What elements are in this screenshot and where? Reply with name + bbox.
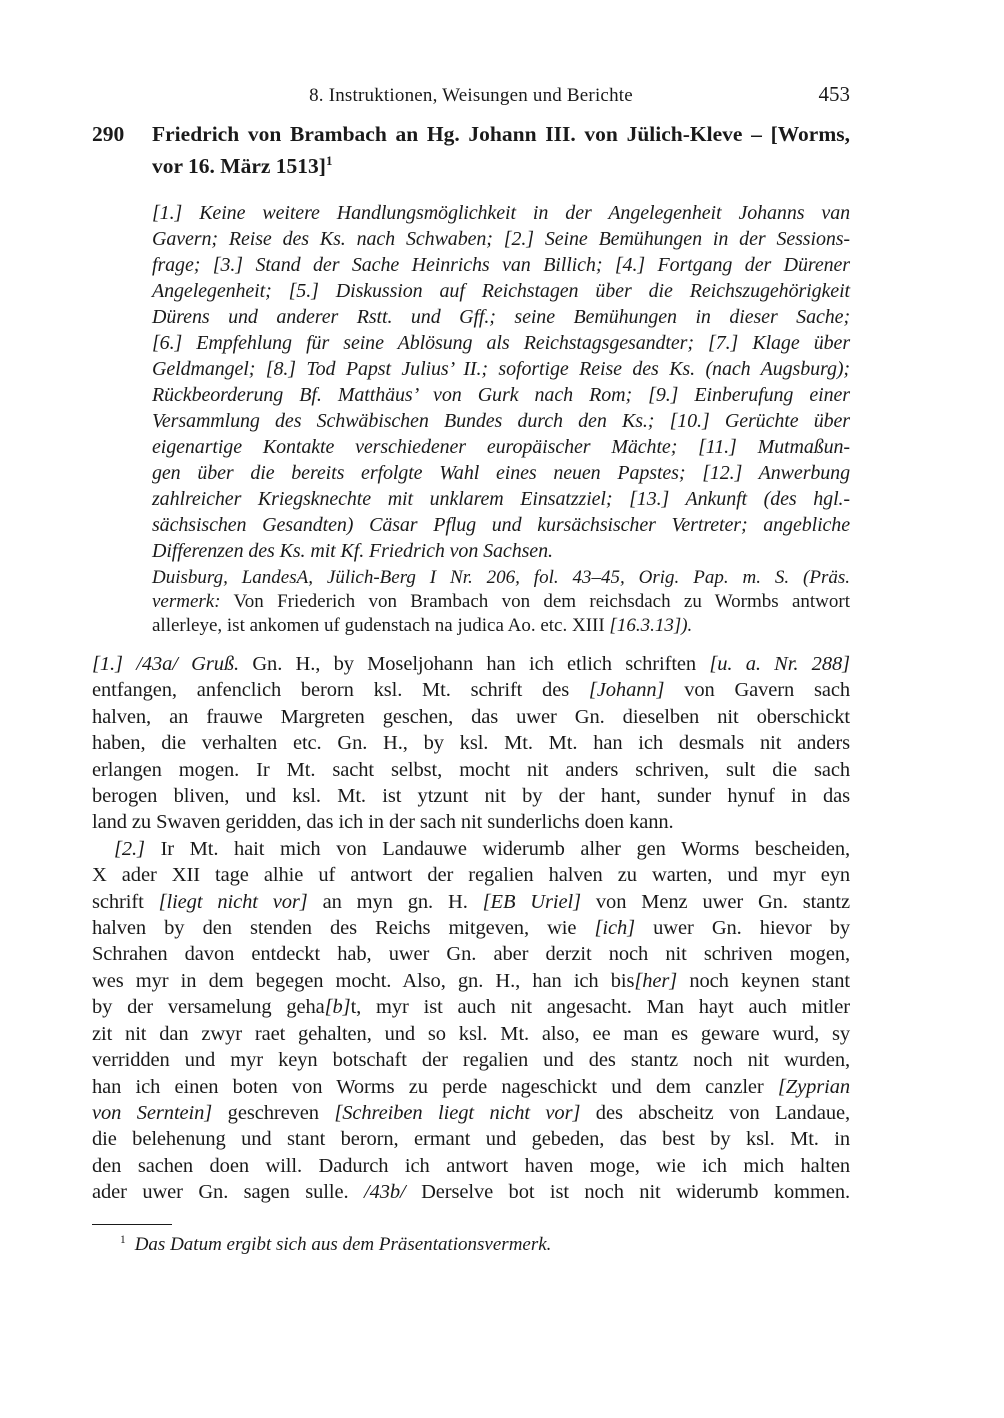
text-segment: zahlreicher Kriegsknechte mit unklarem E… <box>152 488 850 510</box>
text-segment: Von Friederich von Brambach von dem reic… <box>221 591 850 612</box>
text-segment: Differenzen des Ks. mit Kf. Friedrich vo… <box>152 540 553 562</box>
text-line: Differenzen des Ks. mit Kf. Friedrich vo… <box>152 538 850 564</box>
text-segment: berogen bliven, und ksl. Mt. ist ytzunt … <box>92 785 850 807</box>
editorial-italic-segment: [liegt nicht vor] <box>159 891 308 913</box>
editorial-italic-segment: [her] <box>634 970 677 992</box>
text-segment: Versammlung des Schwäbischen Bundes durc… <box>152 410 850 432</box>
editorial-italic-segment: [Johann] <box>589 679 665 701</box>
text-line: entfangen, anfenclich berorn ksl. Mt. sc… <box>92 677 850 703</box>
editorial-italic-segment: [ich] <box>595 917 636 939</box>
text-segment: allerleye, ist ankomen uf gudenstach na … <box>152 615 609 636</box>
footnote-ref: 1 <box>326 154 332 168</box>
text-segment: uwer Gn. hievor by <box>635 917 850 939</box>
text-line: ader uwer Gn. sagen sulle. /43b/ Derselv… <box>92 1179 850 1205</box>
text-segment: t, myr ist auch nit angesacht. Man hayt … <box>351 996 850 1018</box>
text-segment: Rückbeorderung Bf. Matthäus’ von Gurk na… <box>152 384 850 406</box>
entry-number: 290 <box>92 118 124 150</box>
text-line: allerleye, ist ankomen uf gudenstach na … <box>152 614 850 638</box>
text-segment: Angelegenheit; [5.] Diskussion auf Reich… <box>152 280 850 302</box>
editorial-italic-segment: Duisburg, LandesA, Jülich-Berg I Nr. 206… <box>152 567 850 588</box>
text-line: von Serntein] geschreven [Schreiben lieg… <box>92 1100 850 1126</box>
paragraph-1: [1.] /43a/ Gruß. Gn. H., by Moseljohann … <box>92 651 850 836</box>
text-line: land zu Swaven geridden, das ich in der … <box>92 809 850 835</box>
text-segment: [1.] Keine weitere Handlungsmöglichkeit … <box>152 202 850 224</box>
text-line: sächsischen Gesandten) Cäsar Pflug und k… <box>152 512 850 538</box>
text-line: zit nit dan zwyr raet gehalten, und so k… <box>92 1021 850 1047</box>
text-segment: den sachen doen will. Dadurch ich antwor… <box>92 1155 850 1177</box>
editorial-italic-segment: [u. a. Nr. 288] <box>709 653 850 675</box>
editorial-italic-segment: von Serntein] <box>92 1102 212 1124</box>
text-line: Duisburg, LandesA, Jülich-Berg I Nr. 206… <box>152 566 850 590</box>
text-segment: han ich einen boten von Worms zu perde n… <box>92 1076 778 1098</box>
text-line: haben, die verhalten etc. Gn. H., by ksl… <box>92 730 850 756</box>
text-segment: an myn gn. H. <box>308 891 483 913</box>
text-line: schrift [liegt nicht vor] an myn gn. H. … <box>92 889 850 915</box>
text-line: halven by den stenden des Reichs mitgeve… <box>92 915 850 941</box>
text-line: die belehenung und stant berorn, ermant … <box>92 1126 850 1152</box>
text-line: den sachen doen will. Dadurch ich antwor… <box>92 1153 850 1179</box>
summary-regest: [1.] Keine weitere Handlungsmöglichkeit … <box>152 200 850 564</box>
entry-title-line2-text: vor 16. März 1513] <box>152 154 326 178</box>
text-segment: haben, die verhalten etc. Gn. H., by ksl… <box>92 732 850 754</box>
text-segment: halven, an frauwe Margreten geschen, das… <box>92 706 850 728</box>
text-segment: Gn. H., by Moseljohann han ich etlich sc… <box>239 653 709 675</box>
text-line: vermerk: Von Friederich von Brambach von… <box>152 590 850 614</box>
entry-title-line1-text: Friedrich von Brambach an Hg. Johann III… <box>152 122 850 146</box>
editorial-italic-segment: [16.3.13]). <box>609 615 692 636</box>
text-line: halven, an frauwe Margreten geschen, das… <box>92 704 850 730</box>
text-line: Versammlung des Schwäbischen Bundes durc… <box>152 408 850 434</box>
text-segment: die belehenung und stant berorn, ermant … <box>92 1128 850 1150</box>
text-segment: Ir Mt. hait mich von Landauwe widerumb a… <box>145 838 850 860</box>
text-line: gen über die bereits erfolgte Wahl eines… <box>152 460 850 486</box>
text-segment: noch keynen stant <box>677 970 850 992</box>
text-segment: zit nit dan zwyr raet gehalten, und so k… <box>92 1023 850 1045</box>
text-segment: schrift <box>92 891 159 913</box>
text-segment: von Gavern sach <box>664 679 850 701</box>
text-line: zahlreicher Kriegsknechte mit unklarem E… <box>152 486 850 512</box>
text-segment: halven by den stenden des Reichs mitgeve… <box>92 917 595 939</box>
text-line: Dürens und anderer Rstt. und Gff.; seine… <box>152 304 850 330</box>
text-line: X ader XII tage alhie uf antwort der reg… <box>92 862 850 888</box>
text-segment: des abscheitz von Landaue, <box>580 1102 850 1124</box>
book-page: 8. Instruktionen, Weisungen und Berichte… <box>0 0 1004 1418</box>
editorial-italic-segment: [2.] <box>114 838 145 860</box>
editorial-italic-segment: [EB Uriel] <box>483 891 581 913</box>
text-line: eigenartige Kontakte verschiedener europ… <box>152 434 850 460</box>
running-header: 8. Instruktionen, Weisungen und Berichte… <box>92 82 850 107</box>
entry-title: Friedrich von Brambach an Hg. Johann III… <box>152 118 850 182</box>
text-segment: ader uwer Gn. sagen sulle. <box>92 1181 364 1203</box>
text-segment: frage; [3.] Stand der Sache Heinrichs va… <box>152 254 850 276</box>
running-title: 8. Instruktionen, Weisungen und Berichte <box>309 85 633 107</box>
text-segment: eigenartige Kontakte verschiedener europ… <box>152 436 850 458</box>
paragraph-2: [2.] Ir Mt. hait mich von Landauwe wider… <box>92 836 850 1206</box>
editorial-italic-segment: /43b/ <box>364 1181 406 1203</box>
text-segment: Derselve bot ist noch nit widerumb komme… <box>406 1181 850 1203</box>
text-line: berogen bliven, und ksl. Mt. ist ytzunt … <box>92 783 850 809</box>
page-number: 453 <box>633 82 850 107</box>
text-segment: entfangen, anfenclich berorn ksl. Mt. sc… <box>92 679 589 701</box>
text-segment: Gavern; Reise des Ks. nach Schwaben; [2.… <box>152 228 850 250</box>
text-line: verridden und myr keyn botschaft der reg… <box>92 1047 850 1073</box>
text-line: Rückbeorderung Bf. Matthäus’ von Gurk na… <box>152 382 850 408</box>
text-segment: verridden und myr keyn botschaft der reg… <box>92 1049 850 1071</box>
text-line: erlangen mogen. Ir Mt. sacht selbst, moc… <box>92 757 850 783</box>
text-segment: [6.] Empfehlung für seine Ablösung als R… <box>152 332 850 354</box>
entry-title-line1: Friedrich von Brambach an Hg. Johann III… <box>152 118 850 150</box>
text-line: Angelegenheit; [5.] Diskussion auf Reich… <box>152 278 850 304</box>
text-line: Gavern; Reise des Ks. nach Schwaben; [2.… <box>152 226 850 252</box>
text-segment: Dürens und anderer Rstt. und Gff.; seine… <box>152 306 850 328</box>
text-line: [2.] Ir Mt. hait mich von Landauwe wider… <box>92 836 850 862</box>
text-segment: geschreven <box>212 1102 334 1124</box>
editorial-italic-segment: [b] <box>325 996 351 1018</box>
text-segment: von Menz uwer Gn. stantz <box>581 891 850 913</box>
footnote-rule <box>92 1224 172 1225</box>
text-segment: erlangen mogen. Ir Mt. sacht selbst, moc… <box>92 759 850 781</box>
editorial-italic-segment: vermerk: <box>152 591 221 612</box>
text-line: [6.] Empfehlung für seine Ablösung als R… <box>152 330 850 356</box>
text-line: [1.] Keine weitere Handlungsmöglichkeit … <box>152 200 850 226</box>
text-segment: by der versamelung geha <box>92 996 325 1018</box>
text-segment: X ader XII tage alhie uf antwort der reg… <box>92 864 850 886</box>
text-segment: land zu Swaven geridden, das ich in der … <box>92 811 674 833</box>
text-segment: gen über die bereits erfolgte Wahl eines… <box>152 462 850 484</box>
text-segment: wes myr in dem begegen mocht. Also, gn. … <box>92 970 634 992</box>
source-citation: Duisburg, LandesA, Jülich-Berg I Nr. 206… <box>152 566 850 638</box>
text-line: by der versamelung geha[b]t, myr ist auc… <box>92 994 850 1020</box>
letter-text: [1.] /43a/ Gruß. Gn. H., by Moseljohann … <box>92 651 850 1206</box>
editorial-italic-segment: [1.] /43a/ Gruß. <box>92 653 239 675</box>
text-line: han ich einen boten von Worms zu perde n… <box>92 1074 850 1100</box>
text-line: wes myr in dem begegen mocht. Also, gn. … <box>92 968 850 994</box>
text-line: frage; [3.] Stand der Sache Heinrichs va… <box>152 252 850 278</box>
footnote-marker: 1 <box>120 1234 126 1246</box>
text-line: Geldmangel; [8.] Tod Papst Julius’ II.; … <box>152 356 850 382</box>
text-line: [1.] /43a/ Gruß. Gn. H., by Moseljohann … <box>92 651 850 677</box>
entry-heading: 290 Friedrich von Brambach an Hg. Johann… <box>92 118 850 182</box>
text-segment: Schrahen davon entdeckt hab, uwer Gn. ab… <box>92 943 850 965</box>
footnote: 1Das Datum ergibt sich aus dem Präsentat… <box>92 1232 850 1257</box>
text-segment: Geldmangel; [8.] Tod Papst Julius’ II.; … <box>152 358 850 380</box>
text-segment: sächsischen Gesandten) Cäsar Pflug und k… <box>152 514 850 536</box>
footnote-text: Das Datum ergibt sich aus dem Präsentati… <box>135 1234 552 1255</box>
text-line: Schrahen davon entdeckt hab, uwer Gn. ab… <box>92 941 850 967</box>
editorial-italic-segment: [Zyprian <box>778 1076 850 1098</box>
editorial-italic-segment: [Schreiben liegt nicht vor] <box>334 1102 580 1124</box>
entry-title-line2: vor 16. März 1513]1 <box>152 150 850 182</box>
